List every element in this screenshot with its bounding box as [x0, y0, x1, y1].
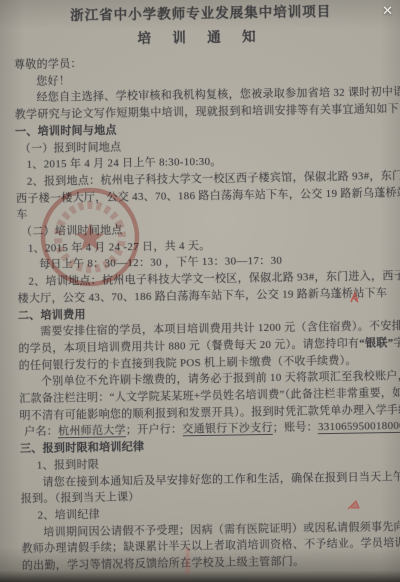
- doc-title: 浙江省中小学教师专业发展集中培训项目: [13, 3, 388, 25]
- document-photo: ✕ 浙江省中小学教师专业发展集中培训项目 培 训 通 知 尊敬的学员： 您好！ …: [0, 0, 400, 582]
- red-streak-mark: [186, 547, 189, 574]
- red-seal-stamp-icon: [36, 183, 144, 291]
- account-number-label: ；账号：: [273, 422, 318, 435]
- account-name-label: 户名：: [24, 426, 58, 439]
- fee-text: 字样: [393, 337, 400, 349]
- doc-subtitle: 培 训 通 知: [13, 27, 388, 49]
- red-squiggle-icon: [348, 291, 362, 305]
- close-icon[interactable]: ✕: [382, 4, 393, 18]
- account-name: 杭州师范大学: [58, 425, 126, 439]
- unionpay-emphasis: “银联”: [359, 337, 393, 350]
- account-bank: 交通银行下沙支行: [182, 422, 273, 436]
- account-bank-label: ；开户行：: [126, 424, 183, 437]
- seal-star-icon: [75, 223, 104, 251]
- red-arrow-icon: [346, 498, 366, 512]
- fee-text: 的学员，本项目培训费用共计 880 元（餐费每天 20 元）。请您持印有: [18, 337, 359, 354]
- account-number: 331065950018000482533: [318, 420, 400, 435]
